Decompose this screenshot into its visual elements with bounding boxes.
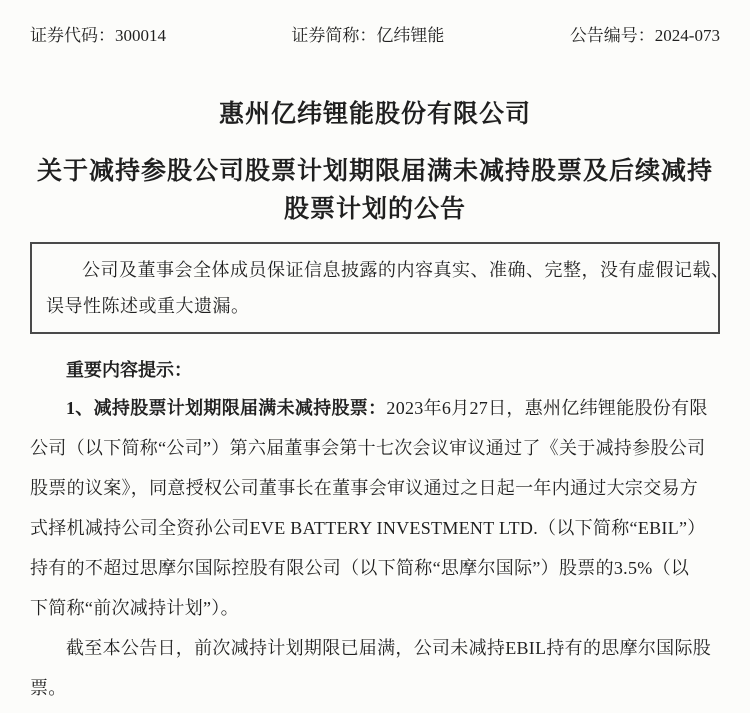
paragraph-1-line-4: 式择机减持公司全资孙公司EVE BATTERY INVESTMENT LTD.（… [30,508,720,548]
paragraph-1-line-6: 下简称“前次减持计划”）。 [30,588,720,628]
paragraph-1-line-5: 持有的不超过思摩尔国际控股有限公司（以下简称“思摩尔国际”）股票的3.5%（以 [30,548,720,588]
paragraph-1-line-2: 公司（以下简称“公司”）第六届董事会第十七次会议审议通过了《关于减持参股公司 [30,428,720,468]
paragraph-2-line-1: 截至本公告日，前次减持计划期限已届满，公司未减持EBIL持有的思摩尔国际股 [30,628,720,668]
declaration-line-2: 误导性陈述或重大遗漏。 [46,288,704,324]
announcement-title-line-2: 股票计划的公告 [30,190,720,228]
announcement-title-line-1: 关于减持参股公司股票计划期限届满未减持股票及后续减持 [30,152,720,190]
announcement-document: 证券代码：300014 证券简称：亿纬锂能 公告编号：2024-073 惠州亿纬… [0,0,750,713]
declaration-box: 公司及董事会全体成员保证信息披露的内容真实、准确、完整，没有虚假记载、 误导性陈… [30,242,720,334]
stock-code: 证券代码：300014 [30,26,166,46]
company-name-title: 惠州亿纬锂能股份有限公司 [30,100,720,128]
paragraph-1: 1、减持股票计划期限届满未减持股票：2023年6月27日，惠州亿纬锂能股份有限 … [30,388,720,628]
stock-short-name: 证券简称：亿纬锂能 [291,26,444,46]
paragraph-2-line-2: 票。 [30,668,720,708]
announcement-number: 公告编号：2024-073 [570,26,720,46]
announcement-title: 关于减持参股公司股票计划期限届满未减持股票及后续减持 股票计划的公告 [30,152,720,228]
document-header: 证券代码：300014 证券简称：亿纬锂能 公告编号：2024-073 [30,0,720,46]
paragraph-2: 截至本公告日，前次减持计划期限已届满，公司未减持EBIL持有的思摩尔国际股 票。 [30,628,720,708]
paragraph-1-line-1: 1、减持股票计划期限届满未减持股票：2023年6月27日，惠州亿纬锂能股份有限 [30,388,720,428]
important-note-heading: 重要内容提示： [30,360,720,380]
paragraph-1-bold-lead: 1、减持股票计划期限届满未减持股票： [66,398,386,418]
paragraph-1-line-1-rest: 2023年6月27日，惠州亿纬锂能股份有限 [386,398,707,418]
declaration-line-1: 公司及董事会全体成员保证信息披露的内容真实、准确、完整，没有虚假记载、 [46,252,704,288]
paragraph-1-line-3: 股票的议案》，同意授权公司董事长在董事会审议通过之日起一年内通过大宗交易方 [30,468,720,508]
